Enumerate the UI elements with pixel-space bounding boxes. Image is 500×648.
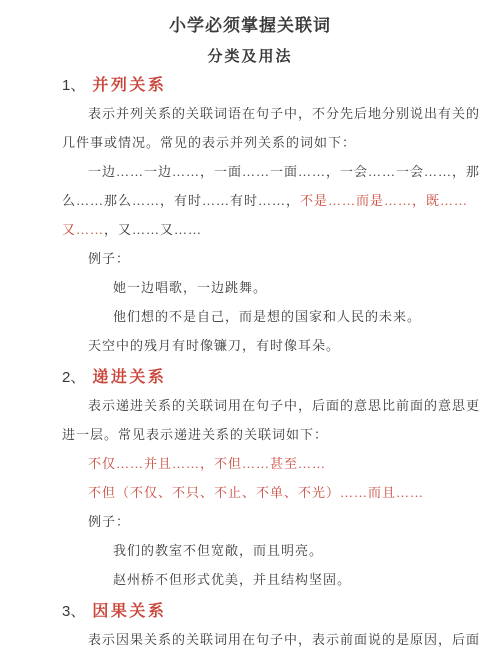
section-number: 2、 — [62, 369, 85, 386]
text-line: 么……那么……，有时……有时……，不是……而是……，既…… — [0, 186, 500, 215]
section-label: 因果关系 — [92, 603, 166, 620]
text-line: 不仅……并且……，不但……甚至…… — [0, 449, 500, 478]
line-text: 几件事或情况。常见的表示并列关系的词如下： — [62, 135, 356, 150]
section-number: 1、 — [62, 77, 85, 94]
line-text: ，又……又…… — [104, 222, 202, 237]
line-text: 表示递进关系的关联词用在句子中，后面的意思比前面的意思更 — [88, 398, 480, 413]
line-text: 天空中的残月有时像镰刀，有时像耳朵。 — [88, 338, 340, 353]
text-line: 一边……一边……，一面……一面……，一会……一会……，那 — [0, 157, 500, 186]
example-sentence: 赵州桥不但形式优美，并且结构坚固。 — [0, 565, 500, 594]
example-label: 例子： — [0, 244, 500, 273]
text-line: 进一层。常见表示递进关系的关联词如下： — [0, 420, 500, 449]
section-heading-3: 3、因果关系 — [0, 599, 500, 625]
line-text: 例子： — [88, 251, 130, 266]
example-sentence: 我们的教室不但宽敞，而且明亮。 — [0, 536, 500, 565]
document-subtitle: 分类及用法 — [0, 46, 500, 68]
text-line: 表示因果关系的关联词用在句子中，表示前面说的是原因，后面 — [0, 625, 500, 648]
example-sentence: 她一边唱歌，一边跳舞。 — [0, 273, 500, 302]
section-label: 递进关系 — [92, 369, 166, 386]
line-text: 赵州桥不但形式优美，并且结构坚固。 — [113, 572, 351, 587]
document-title: 小学必须掌握关联词 — [0, 0, 500, 37]
example-sentence: 天空中的残月有时像镰刀，有时像耳朵。 — [0, 331, 500, 360]
section-label: 并列关系 — [92, 77, 166, 94]
line-text-red: 不仅……并且……，不但……甚至…… — [88, 456, 326, 471]
document-page: 小学必须掌握关联词 分类及用法 1、并列关系 表示并列关系的关联词语在句子中，不… — [0, 0, 500, 648]
example-label: 例子： — [0, 507, 500, 536]
section-heading-2: 2、递进关系 — [0, 365, 500, 391]
line-text: 进一层。常见表示递进关系的关联词如下： — [62, 427, 328, 442]
line-text: 表示因果关系的关联词用在句子中，表示前面说的是原因，后面 — [88, 632, 480, 647]
line-text-red: 不但（不仅、不只、不止、不单、不光）……而且…… — [88, 485, 424, 500]
text-line: 不但（不仅、不只、不止、不单、不光）……而且…… — [0, 478, 500, 507]
line-text: 我们的教室不但宽敞，而且明亮。 — [113, 543, 323, 558]
line-text: 她一边唱歌，一边跳舞。 — [113, 280, 267, 295]
line-text: 么……那么……，有时……有时……， — [62, 193, 300, 208]
line-text: 一边……一边……，一面……一面……，一会……一会……，那 — [88, 164, 480, 179]
section-heading-1: 1、并列关系 — [0, 73, 500, 99]
section-number: 3、 — [62, 603, 85, 620]
line-text: 表示并列关系的关联词语在句子中，不分先后地分别说出有关的 — [88, 106, 480, 121]
text-line: 又……，又……又…… — [0, 215, 500, 244]
example-sentence: 他们想的不是自己，而是想的国家和人民的未来。 — [0, 302, 500, 331]
line-text: 他们想的不是自己，而是想的国家和人民的未来。 — [113, 309, 421, 324]
text-line: 表示递进关系的关联词用在句子中，后面的意思比前面的意思更 — [0, 391, 500, 420]
text-line: 几件事或情况。常见的表示并列关系的词如下： — [0, 128, 500, 157]
text-line: 表示并列关系的关联词语在句子中，不分先后地分别说出有关的 — [0, 99, 500, 128]
line-text-red: 又…… — [62, 222, 104, 237]
line-text-red: 不是……而是……，既…… — [300, 193, 468, 208]
line-text: 例子： — [88, 514, 130, 529]
